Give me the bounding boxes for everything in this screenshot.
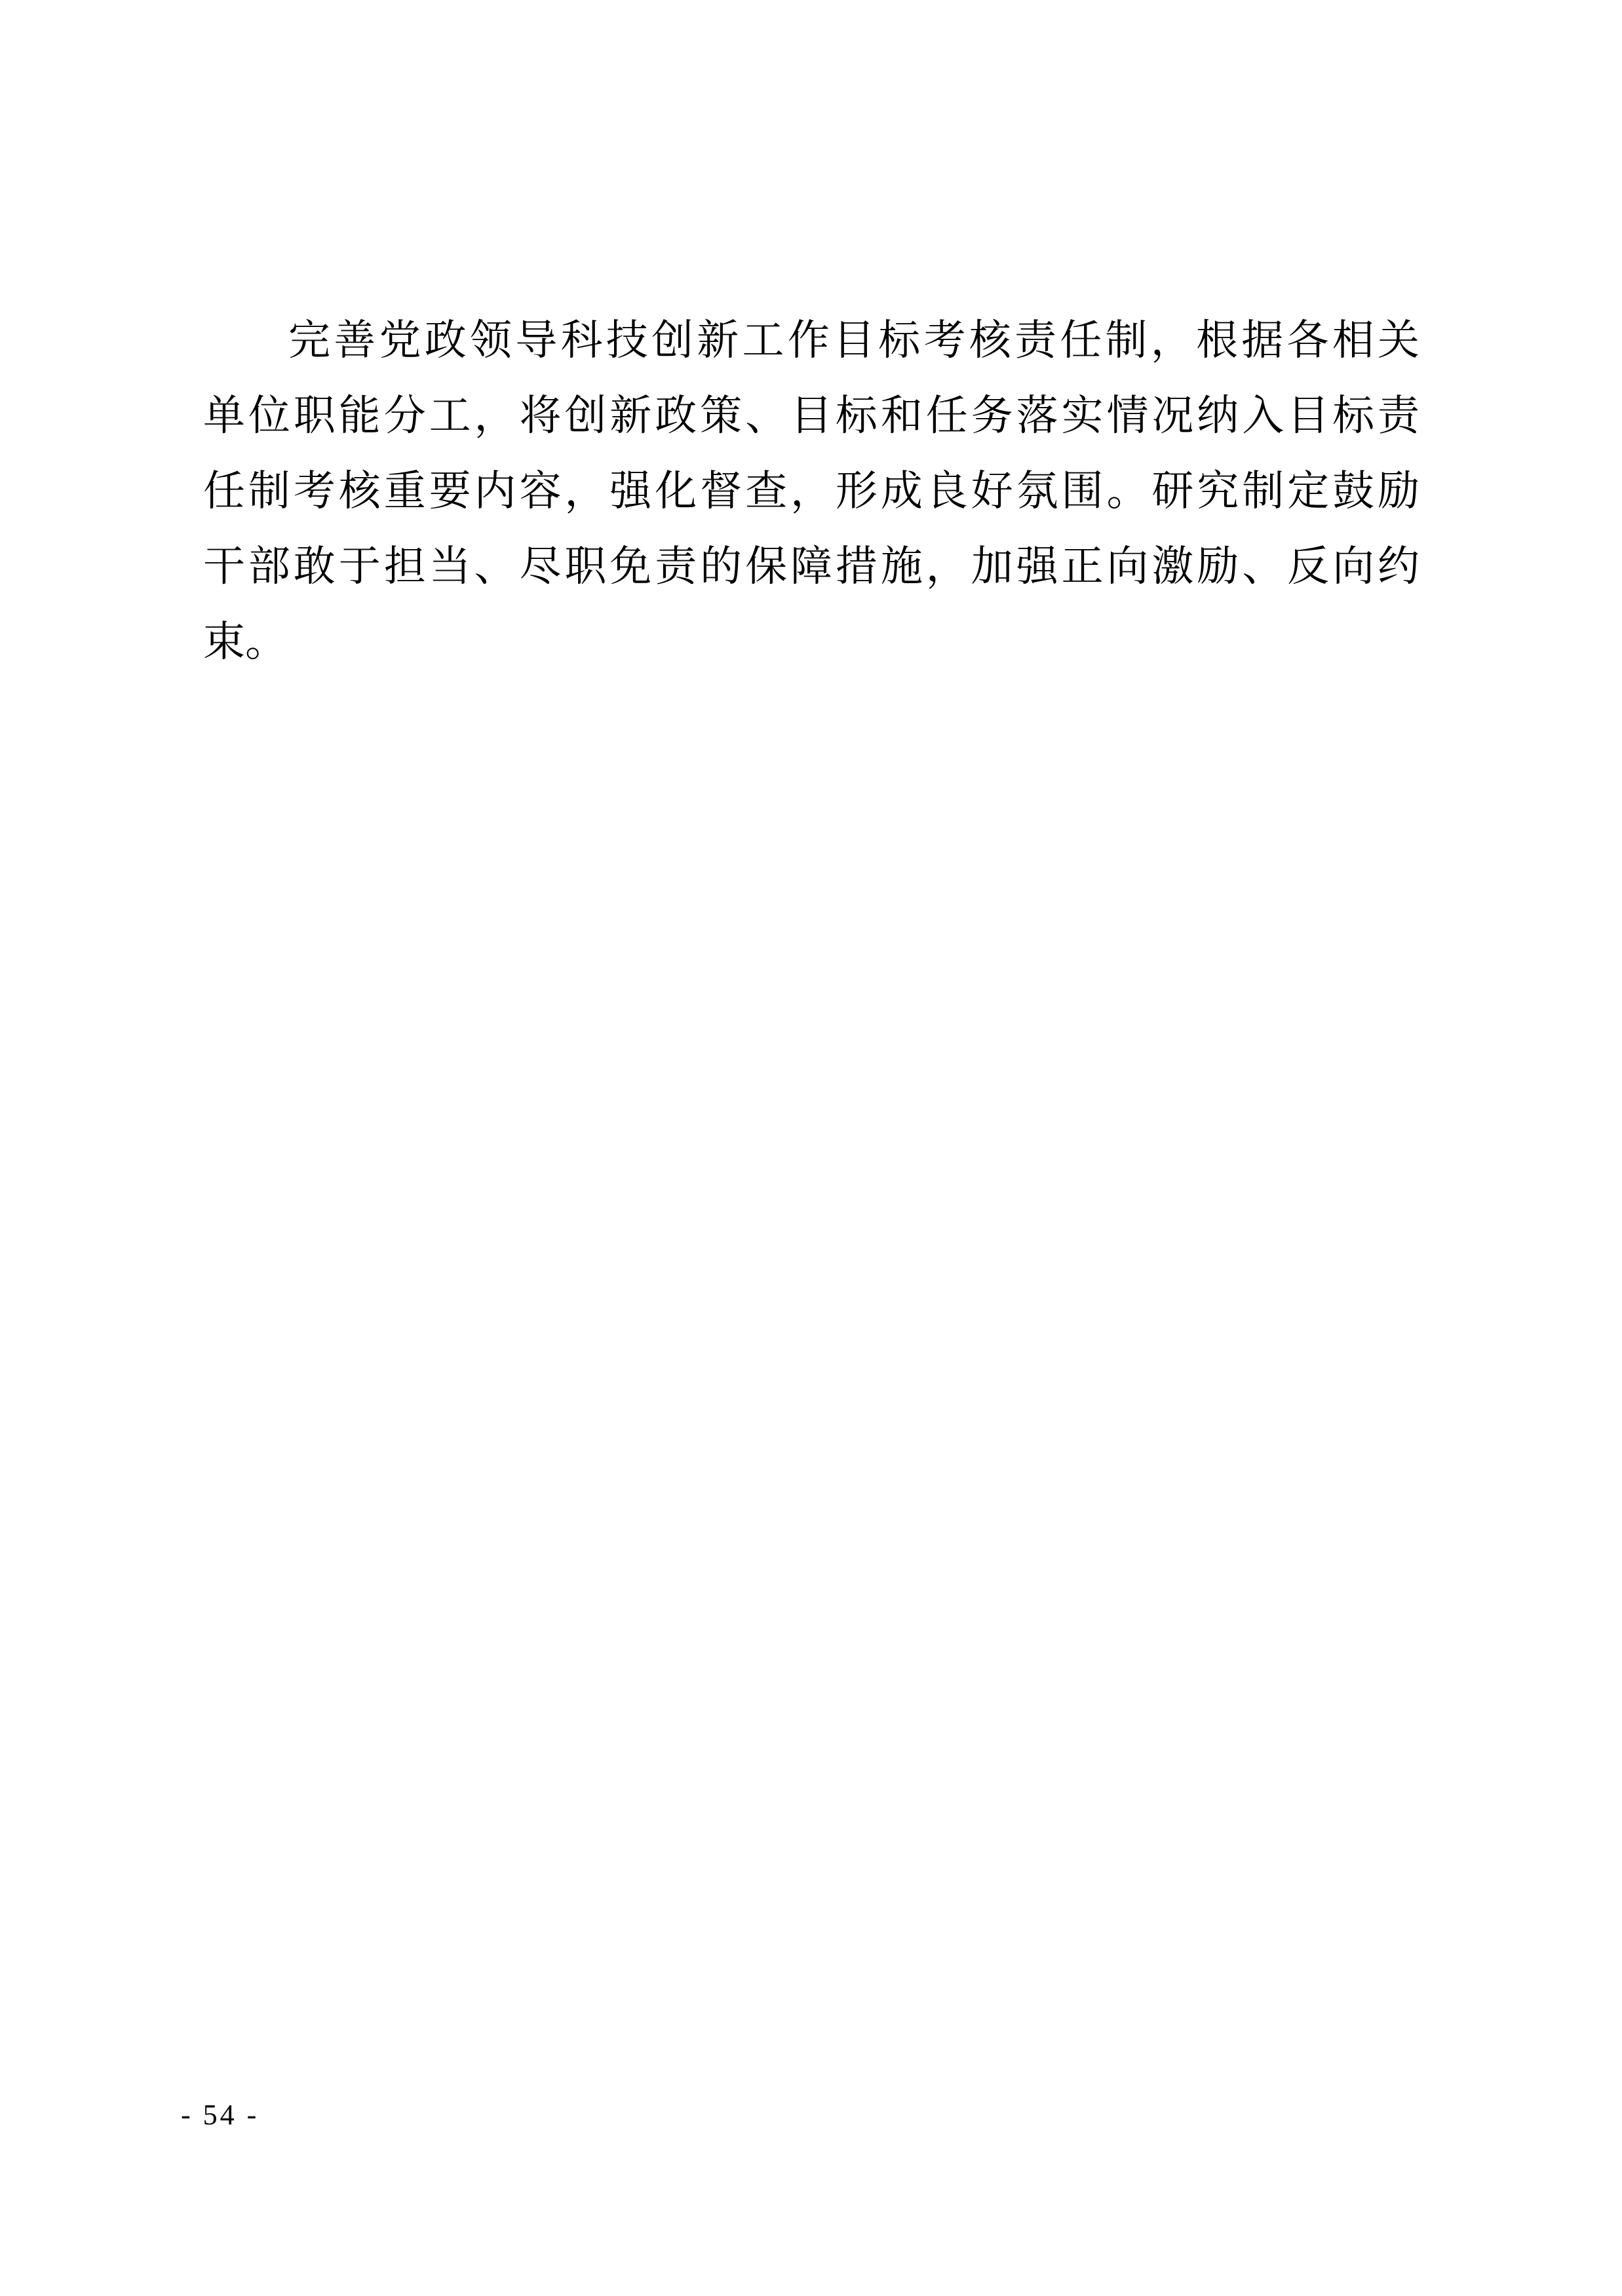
page-number: - 54 - (181, 2095, 259, 2135)
document-page: 完善党政领导科技创新工作目标考核责任制，根据各相关 单位职能分工，将创新政策、目… (0, 0, 1622, 2296)
paragraph-line-5: 束。 (203, 604, 1419, 679)
paragraph-line-4: 干部敢于担当、尽职免责的保障措施，加强正向激励、反向约 (203, 529, 1419, 604)
paragraph-line-1: 完善党政领导科技创新工作目标考核责任制，根据各相关 (203, 303, 1419, 378)
paragraph: 完善党政领导科技创新工作目标考核责任制，根据各相关 单位职能分工，将创新政策、目… (203, 303, 1419, 679)
paragraph-line-2: 单位职能分工，将创新政策、目标和任务落实情况纳入目标责 (203, 378, 1419, 453)
paragraph-line-3: 任制考核重要内容，强化督查，形成良好氛围。研究制定鼓励 (203, 453, 1419, 529)
